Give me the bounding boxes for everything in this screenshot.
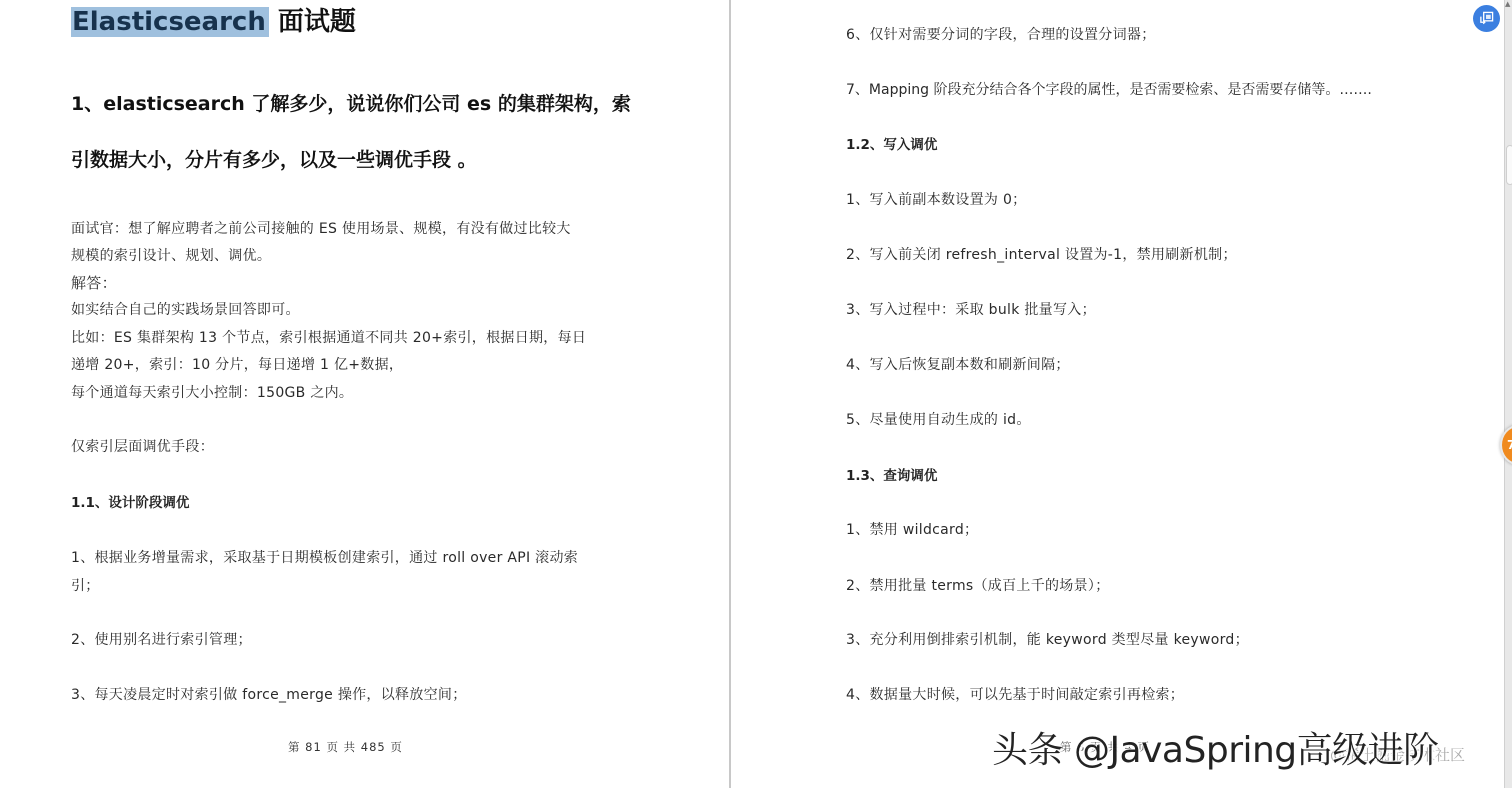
section-heading-1-3: 1.3、查询调优 [846, 466, 937, 486]
document-page-left: Elasticsearch 面试题 1、elasticsearch 了解多少，说… [0, 0, 730, 788]
list-item-continuation: 引； [71, 576, 100, 596]
paragraph: 面试官：想了解应聘者之前公司接触的 ES 使用场景、规模，有没有做过比较大 [71, 219, 571, 239]
list-item: 2、写入前关闭 refresh_interval 设置为-1，禁用刷新机制； [846, 245, 1237, 265]
question-heading-line-2: 引数据大小，分片有多少，以及一些调优手段 。 [71, 148, 477, 172]
title-text: 面试题 [278, 7, 356, 37]
title-highlighted-text[interactable]: Elasticsearch [71, 7, 269, 37]
document-page-right: 6、仅针对需要分词的字段，合理的设置分词器； 7、Mapping 阶段充分结合各… [732, 0, 1490, 788]
list-item: 3、写入过程中：采取 bulk 批量写入； [846, 300, 1096, 320]
section-heading-1-1: 1.1、设计阶段调优 [71, 493, 189, 513]
scroll-up-arrow-icon[interactable]: ▲ [1505, 0, 1512, 8]
list-item: 4、写入后恢复副本数和刷新间隔； [846, 355, 1070, 375]
question-heading-line-1: 1、elasticsearch 了解多少，说说你们公司 es 的集群架构，索 [71, 92, 631, 116]
list-item: 6、仅针对需要分词的字段，合理的设置分词器； [846, 25, 1156, 45]
scrollbar-thumb[interactable] [1506, 145, 1512, 185]
paragraph: 比如：ES 集群架构 13 个节点，索引根据通道不同共 20+索引，根据日期，每… [71, 328, 586, 348]
screen-translate-icon [1479, 11, 1494, 26]
watermark: 头条 @JavaSpring高级进阶 [992, 722, 1439, 773]
list-item: 1、禁用 wildcard； [846, 520, 978, 540]
list-item: 5、尽量使用自动生成的 id。 [846, 410, 1031, 430]
paragraph: 仅索引层面调优手段： [71, 437, 214, 457]
list-item: 2、禁用批量 terms（成百上千的场景）； [846, 576, 1110, 596]
paragraph: 递增 20+，索引：10 分片，每日递增 1 亿+数据， [71, 355, 403, 375]
floating-tool-button[interactable] [1473, 5, 1500, 32]
list-item: 7、Mapping 阶段充分结合各个字段的属性，是否需要检索、是否需要存储等。…… [846, 80, 1372, 100]
floating-assistant-badge[interactable]: 7 [1500, 425, 1512, 465]
list-item: 3、每天凌晨定时对索引做 force_merge 操作，以释放空间； [71, 685, 467, 705]
list-item: 1、写入前副本数设置为 0； [846, 190, 1026, 210]
paragraph: 规模的索引设计、规划、调优。 [71, 246, 271, 266]
document-title: Elasticsearch 面试题 [71, 4, 356, 40]
page-divider [729, 0, 731, 788]
page-footer-number: 第 81 页 共 485 页 [288, 739, 403, 755]
paragraph: 如实结合自己的实践场景回答即可。 [71, 300, 300, 320]
paragraph: 解答： [71, 273, 117, 293]
section-heading-1-2: 1.2、写入调优 [846, 135, 937, 155]
paragraph: 每个通道每天索引大小控制：150GB 之内。 [71, 383, 353, 403]
list-item: 1、根据业务增量需求，采取基于日期模板创建索引，通过 roll over API… [71, 548, 578, 568]
badge-label: 7 [1507, 438, 1512, 452]
list-item: 4、数据量大时候，可以先基于时间敲定索引再检索； [846, 685, 1184, 705]
list-item: 3、充分利用倒排索引机制，能 keyword 类型尽量 keyword； [846, 630, 1249, 650]
vertical-scrollbar[interactable] [1504, 0, 1512, 788]
list-item: 2、使用别名进行索引管理； [71, 630, 252, 650]
